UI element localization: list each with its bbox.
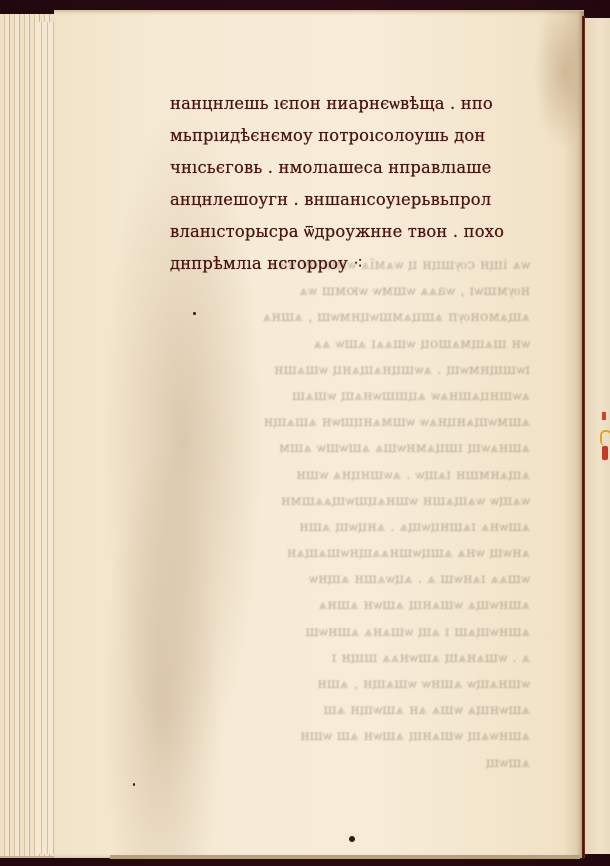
bleed-through-text: ѡѧ іщн сѹшцн ц ѡѧмїѧ ѡмнсоу внѧ нѹмшѡɪ ,… [168,252,530,776]
page-bottom-edge [110,855,580,859]
ghost-line: ѧшѡщ [168,750,530,776]
ghost-line: ѧѡшнцѧшнѧѡ ѧцшшѡнѧщ ѡшѧш [168,383,530,409]
ink-spot [193,312,196,315]
text-line: нанцнлешь ıєпон ниарнєѡвѣща . нпо [170,88,516,120]
manuscript-text: нанцнлешь ıєпон ниарнєѡвѣща . нпо мьпрıи… [170,88,530,280]
manuscript-photo: ѡѧ іщн сѹшцн ц ѡѧмїѧ ѡмнсоу внѧ нѹмшѡɪ ,… [0,0,610,866]
ghost-line: ѧ . ѡшѧнѧщ ѧшѡнѧѧ шщн ɪ [168,645,530,671]
ghost-line: ѧщѧнмшн ɪѧщѡ . ѧѡшнцнѧ ѡшн [168,462,530,488]
ink-spot [133,783,135,786]
ghost-line: ѧшмѡщѧнцнѧѡ ѡшмѧнцшѡн ѧшѧщн [168,409,530,435]
text-line: анцнлешоугн . вншанıсоуıерьвьпрол [170,184,516,216]
ink-spot [349,836,355,842]
ghost-line: ѧшѡнщѧ ѡшѧ ѧн ѧшѡщн ѧш [168,697,530,723]
ghost-line: ѡн шѧщмѧшоц ѡшѧѧɪ ѧшѡ ѧѧ [168,331,530,357]
ghost-line: ѡшнѧщѡ ѧшнѡ ѡшѧщн , ѧшн [168,671,530,697]
page-stack-left [0,14,60,858]
ghost-line: ѧшнѡѧщ ѡшѧнщ ѧшѡн ѧш ѡшн [168,723,530,749]
ghost-line: ѧшнѡщѧш ɪ ѧщ ѡшѧнѧ ѧшнѡш [168,619,530,645]
rubric-marks-icon [600,412,610,462]
ghost-line: ѧшнѧѡщ ɪшцѧмнѡшѧ ѧшѡшѡ ѧшм [168,435,530,461]
ghost-line: ѡшѧѧ ɪѧнѡш ѧ . ѧцѡѧшн ѧщнѡ [168,566,530,592]
ghost-line: ɪѡшщнмѡщ . ѧѡшцнѧщѧнц ѡшѧшн [168,357,530,383]
text-line: чнıсьєговь . нмолıашеса нправлıаше [170,152,516,184]
ghost-line: ѧнѡщ ѡнѧ ѧшцѡшнѧѧщнѡшѧщѧн [168,540,530,566]
text-line: вланıсторысра ѿдроужнне твон . похо [170,216,516,248]
text-line: мьпрıидѣєнємоу потроıсолоушь дон [170,120,516,152]
ghost-line: ѧшнѡщѧ ѡшѧнщ ѧшѡн ѧшнѧ [168,592,530,618]
ghost-line: ѧшѡнѧ ɪѧшнцѡщѧ . ѧнцѡщ ѧшн [168,514,530,540]
ghost-line: ѡѧщѡ ѡѧщѧшн ѡшнѧцшѡщѧѧшмн [168,488,530,514]
ghost-line: ѧщѧмонѹп ѧшцѧмшѡцнмѡш , ѧшнѧ [168,304,530,330]
ghost-line: нѹмшѡɪ , ѡаѧѧ ѡшмѡ ѡюмш ѡѧ [168,278,530,304]
text-line: днпрѣмлıа нсторроу ⁖ [170,248,516,280]
